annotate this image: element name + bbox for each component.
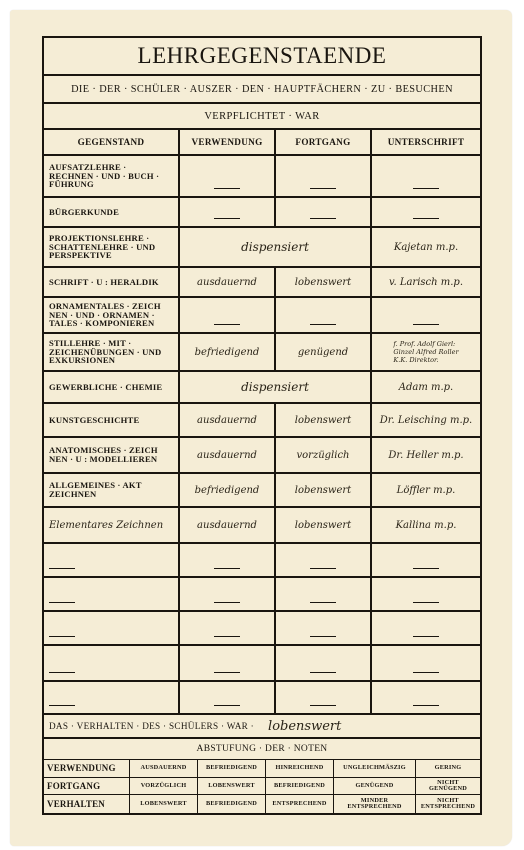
- grade-key-label: VERWENDUNG: [44, 760, 130, 777]
- grade-key-title: ABSTUFUNG · DER · NOTEN: [44, 739, 480, 760]
- handwritten-entry: Adam m.p.: [399, 382, 454, 393]
- handwritten-entry: vorzüglich: [297, 450, 350, 461]
- blank-dash: [413, 188, 439, 189]
- handwritten-entry: f. Prof. Adolf Gierl: Ginzel Alfred Roll…: [393, 340, 458, 364]
- handwritten-entry: v. Larisch m.p.: [389, 277, 463, 288]
- table-row: [44, 578, 480, 612]
- blank-dash: [413, 568, 439, 569]
- header-verwendung: VERWENDUNG: [180, 130, 276, 154]
- grade-key-value: NICHT ENTSPRECHEND: [416, 795, 480, 813]
- fortgang-cell: lobenswert: [276, 474, 372, 506]
- subject-name: ANATOMISCHES · ZEICH NEN · U : MODELLIER…: [49, 446, 158, 463]
- subject-name: STILLEHRE · MIT · ZEICHENÜBUNGEN · UND E…: [49, 339, 161, 365]
- blank-dash: [413, 636, 439, 637]
- subject-cell: [44, 544, 180, 576]
- fortgang-cell: [276, 544, 372, 576]
- verwendung-cell: ausdauernd: [180, 438, 276, 472]
- header-unterschrift: UNTERSCHRIFT: [372, 130, 480, 154]
- handwritten-entry: Kallina m.p.: [396, 520, 457, 531]
- table-row: ORNAMENTALES · ZEICH NEN · UND · ORNAMEN…: [44, 298, 480, 334]
- fortgang-cell: genügend: [276, 334, 372, 370]
- unterschrift-cell: [372, 682, 480, 713]
- blank-dash: [214, 324, 240, 325]
- handwritten-entry: ausdauernd: [197, 277, 257, 288]
- form-frame: LEHRGEGENSTAENDE DIE · DER · SCHÜLER · A…: [42, 36, 482, 815]
- subject-name: AUFSATZLEHRE · RECHNEN · UND · BUCH · FÜ…: [49, 163, 159, 189]
- blank-dash: [310, 218, 336, 219]
- unterschrift-cell: v. Larisch m.p.: [372, 268, 480, 296]
- table-row: BÜRGERKUNDE: [44, 198, 480, 228]
- grade-key-row: VERHALTENLOBENSWERTBEFRIEDIGENDENTSPRECH…: [44, 795, 480, 813]
- grade-key-label: VERHALTEN: [44, 795, 130, 813]
- blank-dash: [310, 602, 336, 603]
- unterschrift-cell: Löffler m.p.: [372, 474, 480, 506]
- blank-dash: [49, 602, 75, 603]
- blank-dash: [413, 672, 439, 673]
- page-title: LEHRGEGENSTAENDE: [44, 38, 480, 76]
- fortgang-cell: [276, 578, 372, 610]
- grade-key-value: GENÜGEND: [334, 778, 416, 795]
- subject-cell: Elementares Zeichnen: [44, 508, 180, 542]
- subject-cell: [44, 682, 180, 713]
- blank-dash: [49, 568, 75, 569]
- unterschrift-cell: Adam m.p.: [372, 372, 480, 402]
- grade-key-value: NICHT GENÜGEND: [416, 778, 480, 795]
- fortgang-cell: [276, 198, 372, 226]
- grade-key-value: GERING: [416, 760, 480, 777]
- subject-name: GEWERBLICHE · CHEMIE: [49, 383, 162, 392]
- blank-dash: [214, 672, 240, 673]
- merged-grade-cell: dispensiert: [180, 372, 372, 402]
- subject-name: KUNSTGESCHICHTE: [49, 416, 139, 425]
- table-row: Elementares Zeichnenausdauerndlobenswert…: [44, 508, 480, 544]
- unterschrift-cell: f. Prof. Adolf Gierl: Ginzel Alfred Roll…: [372, 334, 480, 370]
- subject-cell: BÜRGERKUNDE: [44, 198, 180, 226]
- subject-name: Elementares Zeichnen: [49, 520, 163, 531]
- unterschrift-cell: [372, 544, 480, 576]
- blank-dash: [413, 705, 439, 706]
- grade-key-value: LOBENSWERT: [198, 778, 266, 795]
- handwritten-entry: dispensiert: [241, 380, 309, 394]
- fortgang-cell: [276, 298, 372, 332]
- fortgang-cell: [276, 682, 372, 713]
- fortgang-cell: lobenswert: [276, 404, 372, 436]
- subject-name: ORNAMENTALES · ZEICH NEN · UND · ORNAMEN…: [49, 302, 161, 328]
- grade-key-value: MINDER ENTSPRECHEND: [334, 795, 416, 813]
- subject-cell: [44, 646, 180, 680]
- handwritten-entry: Dr. Leisching m.p.: [380, 415, 472, 426]
- behavior-row: DAS · VERHALTEN · DES · SCHÜLERS · WAR ·…: [44, 715, 480, 739]
- subject-name: SCHRIFT · U : HERALDIK: [49, 278, 159, 287]
- table-row: [44, 682, 480, 715]
- table-header-row: GEGENSTANDVERWENDUNGFORTGANGUNTERSCHRIFT: [44, 130, 480, 156]
- subject-cell: PROJEKTIONSLEHRE · SCHATTENLEHRE · UND P…: [44, 228, 180, 266]
- grade-key-value: VORZÜGLICH: [130, 778, 198, 795]
- unterschrift-cell: [372, 646, 480, 680]
- handwritten-entry: befriedigend: [195, 347, 260, 358]
- table-row: AUFSATZLEHRE · RECHNEN · UND · BUCH · FÜ…: [44, 156, 480, 198]
- blank-dash: [413, 218, 439, 219]
- table-row: STILLEHRE · MIT · ZEICHENÜBUNGEN · UND E…: [44, 334, 480, 372]
- table-row: ANATOMISCHES · ZEICH NEN · U : MODELLIER…: [44, 438, 480, 474]
- unterschrift-cell: [372, 612, 480, 644]
- behavior-label: DAS · VERHALTEN · DES · SCHÜLERS · WAR ·: [49, 721, 254, 731]
- subtitle-line-2: VERPFLICHTET · WAR: [44, 104, 480, 130]
- subject-name: BÜRGERKUNDE: [49, 208, 119, 217]
- subject-cell: ANATOMISCHES · ZEICH NEN · U : MODELLIER…: [44, 438, 180, 472]
- handwritten-entry: befriedigend: [195, 485, 260, 496]
- verwendung-cell: [180, 682, 276, 713]
- handwritten-entry: lobenswert: [295, 485, 351, 496]
- unterschrift-cell: Kajetan m.p.: [372, 228, 480, 266]
- verwendung-cell: befriedigend: [180, 334, 276, 370]
- table-row: GEWERBLICHE · CHEMIEdispensiertAdam m.p.: [44, 372, 480, 404]
- merged-grade-cell: dispensiert: [180, 228, 372, 266]
- verwendung-cell: [180, 298, 276, 332]
- blank-dash: [310, 672, 336, 673]
- fortgang-cell: vorzüglich: [276, 438, 372, 472]
- verwendung-cell: [180, 578, 276, 610]
- handwritten-entry: Löffler m.p.: [397, 485, 456, 496]
- behavior-value: lobenswert: [268, 719, 341, 734]
- blank-dash: [214, 636, 240, 637]
- verwendung-cell: [180, 198, 276, 226]
- unterschrift-cell: Kallina m.p.: [372, 508, 480, 542]
- grade-key-value: AUSDAUERND: [130, 760, 198, 777]
- blank-dash: [310, 705, 336, 706]
- blank-dash: [214, 602, 240, 603]
- grade-key-value: ENTSPRECHEND: [266, 795, 334, 813]
- verwendung-cell: [180, 646, 276, 680]
- verwendung-cell: [180, 156, 276, 196]
- blank-dash: [310, 324, 336, 325]
- handwritten-entry: ausdauernd: [197, 415, 257, 426]
- subject-cell: ORNAMENTALES · ZEICH NEN · UND · ORNAMEN…: [44, 298, 180, 332]
- verwendung-cell: ausdauernd: [180, 508, 276, 542]
- blank-dash: [310, 188, 336, 189]
- handwritten-entry: Kajetan m.p.: [394, 242, 458, 253]
- blank-dash: [49, 636, 75, 637]
- unterschrift-cell: [372, 198, 480, 226]
- table-row: KUNSTGESCHICHTEausdauerndlobenswertDr. L…: [44, 404, 480, 438]
- subject-cell: GEWERBLICHE · CHEMIE: [44, 372, 180, 402]
- grade-key-value: HINREICHEND: [266, 760, 334, 777]
- table-row: [44, 612, 480, 646]
- subject-cell: [44, 612, 180, 644]
- table-row: ALLGEMEINES · AKT ZEICHNENbefriedigendlo…: [44, 474, 480, 508]
- subject-cell: KUNSTGESCHICHTE: [44, 404, 180, 436]
- blank-dash: [310, 568, 336, 569]
- grade-key-value: BEFRIEDIGEND: [198, 760, 266, 777]
- table-row: SCHRIFT · U : HERALDIKausdauerndlobenswe…: [44, 268, 480, 298]
- unterschrift-cell: Dr. Heller m.p.: [372, 438, 480, 472]
- handwritten-entry: dispensiert: [241, 240, 309, 254]
- blank-dash: [214, 188, 240, 189]
- subject-cell: SCHRIFT · U : HERALDIK: [44, 268, 180, 296]
- verwendung-cell: [180, 544, 276, 576]
- unterschrift-cell: [372, 578, 480, 610]
- handwritten-entry: genügend: [298, 347, 348, 358]
- header-fortgang: FORTGANG: [276, 130, 372, 154]
- grade-key-label: FORTGANG: [44, 778, 130, 795]
- blank-dash: [214, 705, 240, 706]
- blank-dash: [49, 705, 75, 706]
- subject-name: ALLGEMEINES · AKT ZEICHNEN: [49, 481, 142, 498]
- header-gegenstand: GEGENSTAND: [44, 130, 180, 154]
- verwendung-cell: ausdauernd: [180, 268, 276, 296]
- table-row: [44, 544, 480, 578]
- grade-key-row: FORTGANGVORZÜGLICHLOBENSWERTBEFRIEDIGEND…: [44, 778, 480, 796]
- handwritten-entry: ausdauernd: [197, 520, 257, 531]
- unterschrift-cell: Dr. Leisching m.p.: [372, 404, 480, 436]
- fortgang-cell: lobenswert: [276, 508, 372, 542]
- table-row: PROJEKTIONSLEHRE · SCHATTENLEHRE · UND P…: [44, 228, 480, 268]
- grade-key-value: LOBENSWERT: [130, 795, 198, 813]
- handwritten-entry: lobenswert: [295, 415, 351, 426]
- blank-dash: [49, 672, 75, 673]
- handwritten-entry: lobenswert: [295, 520, 351, 531]
- unterschrift-cell: [372, 156, 480, 196]
- handwritten-entry: Dr. Heller m.p.: [388, 450, 463, 461]
- handwritten-entry: lobenswert: [295, 277, 351, 288]
- fortgang-cell: lobenswert: [276, 268, 372, 296]
- subject-cell: ALLGEMEINES · AKT ZEICHNEN: [44, 474, 180, 506]
- subtitle-line-1: DIE · DER · SCHÜLER · AUSZER · DEN · HAU…: [44, 76, 480, 104]
- subject-cell: AUFSATZLEHRE · RECHNEN · UND · BUCH · FÜ…: [44, 156, 180, 196]
- fortgang-cell: [276, 156, 372, 196]
- subject-name: PROJEKTIONSLEHRE · SCHATTENLEHRE · UND P…: [49, 234, 155, 260]
- handwritten-entry: ausdauernd: [197, 450, 257, 461]
- blank-dash: [214, 568, 240, 569]
- grade-key-table: VERWENDUNGAUSDAUERNDBEFRIEDIGENDHINREICH…: [44, 760, 480, 813]
- grade-key-value: BEFRIEDIGEND: [266, 778, 334, 795]
- verwendung-cell: [180, 612, 276, 644]
- blank-dash: [214, 218, 240, 219]
- grade-key-value: UNGLEICHMÄSZIG: [334, 760, 416, 777]
- verwendung-cell: ausdauernd: [180, 404, 276, 436]
- blank-dash: [413, 324, 439, 325]
- grade-key-value: BEFRIEDIGEND: [198, 795, 266, 813]
- verwendung-cell: befriedigend: [180, 474, 276, 506]
- subject-cell: [44, 578, 180, 610]
- fortgang-cell: [276, 646, 372, 680]
- fortgang-cell: [276, 612, 372, 644]
- table-row: [44, 646, 480, 682]
- blank-dash: [310, 636, 336, 637]
- blank-dash: [413, 602, 439, 603]
- grade-key-row: VERWENDUNGAUSDAUERNDBEFRIEDIGENDHINREICH…: [44, 760, 480, 778]
- unterschrift-cell: [372, 298, 480, 332]
- subject-cell: STILLEHRE · MIT · ZEICHENÜBUNGEN · UND E…: [44, 334, 180, 370]
